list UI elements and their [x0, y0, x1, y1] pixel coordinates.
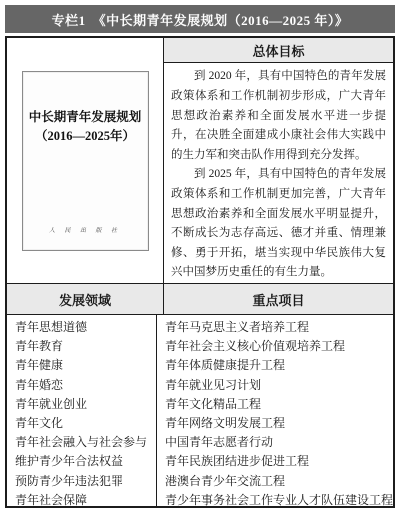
column-header-key-projects: 重点项目 [164, 284, 393, 314]
list-item: 维护青少年合法权益 [15, 452, 156, 471]
table-header-row: 发展领域 重点项目 [7, 284, 393, 315]
list-item: 青年民族团结进步促进工程 [165, 452, 393, 471]
list-item: 预防青少年违法犯罪 [15, 472, 156, 491]
overall-goals-text: 到 2020 年，具有中国特色的青年发展政策体系和工作机制初步形成，广大青年思想… [164, 63, 393, 283]
list-item: 青年就业见习计划 [165, 376, 393, 395]
list-item: 青年社会融入与社会参与 [15, 433, 156, 452]
book-cover-title-line1: 中长期青年发展规划 [23, 108, 148, 127]
book-cover-title: 中长期青年发展规划 （2016—2025年） [23, 108, 148, 146]
book-cover-title-line2: （2016—2025年） [23, 127, 148, 146]
list-item: 青年教育 [15, 337, 156, 356]
list-item: 中国青年志愿者行动 [165, 433, 393, 452]
list-item: 青年健康 [15, 356, 156, 375]
list-item: 青年就业创业 [15, 395, 156, 414]
book-cover-image: 中长期青年发展规划 （2016—2025年） 人 民 出 版 社 [22, 71, 149, 251]
key-projects-list: 青年马克思主义者培养工程 青年社会主义核心价值观培养工程 青年体质健康提升工程 … [157, 315, 393, 506]
goals-paragraph-2020: 到 2020 年，具有中国特色的青年发展政策体系和工作机制初步形成，广大青年思想… [171, 67, 386, 165]
list-item: 青年思想道德 [15, 318, 156, 337]
column-header-development-areas: 发展领域 [7, 284, 164, 314]
plan-panel: 中长期青年发展规划 （2016—2025年） 人 民 出 版 社 总体目标 到 … [5, 36, 395, 508]
box-title-bar: 专栏1 《中长期青年发展规划（2016—2025 年）》 [5, 5, 395, 33]
goals-paragraph-2025: 到 2025 年，具有中国特色的青年发展政策体系和工作机制更加完善，广大青年思想… [171, 165, 386, 283]
list-item: 青年体质健康提升工程 [165, 356, 393, 375]
development-areas-list: 青年思想道德 青年教育 青年健康 青年婚恋 青年就业创业 青年文化 青年社会融入… [7, 315, 157, 506]
overall-goals-heading: 总体目标 [164, 38, 393, 63]
list-item: 青少年事务社会工作专业人才队伍建设工程 [165, 491, 393, 506]
book-cover-cell: 中长期青年发展规划 （2016—2025年） 人 民 出 版 社 [7, 38, 164, 283]
top-section: 中长期青年发展规划 （2016—2025年） 人 民 出 版 社 总体目标 到 … [7, 38, 393, 284]
document-page: 专栏1 《中长期青年发展规划（2016—2025 年）》 中长期青年发展规划 （… [0, 0, 400, 519]
list-item: 青年婚恋 [15, 376, 156, 395]
list-item: 港澳台青少年交流工程 [165, 472, 393, 491]
box-title: 专栏1 《中长期青年发展规划（2016—2025 年）》 [52, 10, 349, 29]
table-body: 青年思想道德 青年教育 青年健康 青年婚恋 青年就业创业 青年文化 青年社会融入… [7, 315, 393, 506]
book-cover-publisher: 人 民 出 版 社 [23, 225, 148, 234]
list-item: 青年马克思主义者培养工程 [165, 318, 393, 337]
overall-goals-cell: 总体目标 到 2020 年，具有中国特色的青年发展政策体系和工作机制初步形成，广… [164, 38, 393, 283]
list-item: 青年文化 [15, 414, 156, 433]
list-item: 青年社会主义核心价值观培养工程 [165, 337, 393, 356]
list-item: 青年社会保障 [15, 491, 156, 506]
list-item: 青年文化精品工程 [165, 395, 393, 414]
list-item: 青年网络文明发展工程 [165, 414, 393, 433]
